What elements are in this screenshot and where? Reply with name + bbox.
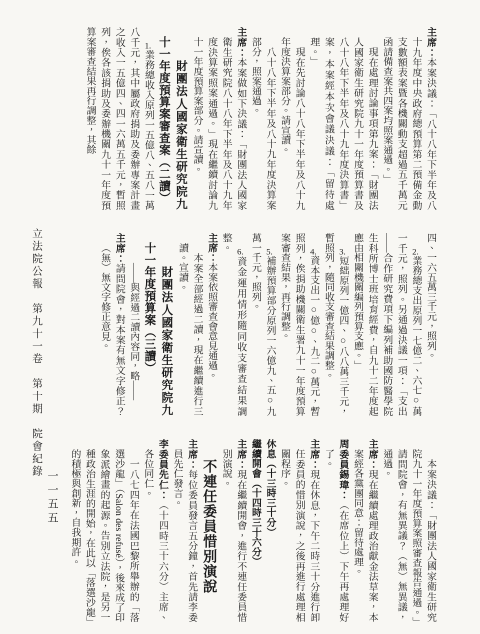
- para-ruling-nhri-final-accounts: 主席：本案做如下決議：「財團法人國家衛生研究院八十八年下半年及八十九年度決算案照…: [189, 27, 247, 210]
- speaker-name: 主席：: [367, 439, 378, 470]
- paragraph-text: 業務總支出原列一七億二、六七○萬一千元，照列。另通過決議一項：「支出——合作研究…: [352, 233, 421, 416]
- para-ruling-budget-reserve: 主席：本案決議：「八十八年下半年及八十九年度中央政府總預算第二預備金動支數額表案…: [379, 27, 437, 210]
- item-number: 5.: [264, 247, 274, 256]
- para-lee-speech-salon: 一八七四年在法國巴黎所舉辦的「落選沙龍」（Salon des refusé），後…: [67, 439, 140, 622]
- line-reconvene: 繼續開會（十四時三十六分）: [247, 439, 262, 622]
- paragraph-text: 現在休息，下午二時三十分進行卸任委員的惜別演說，之後再進行處理相關程序。: [279, 449, 319, 622]
- speaker-name: 主席：: [114, 233, 125, 264]
- para-chair-speech-rules: 主席：每位委員發言五分鐘，首先請李委員先仁發言。: [169, 439, 198, 622]
- speaker-name: 主席：: [186, 439, 197, 470]
- speaker-name: 主席：: [235, 27, 246, 58]
- line-recess: 休息（十三時三十分）: [262, 439, 277, 622]
- para-final-accounts-passed: 八十八年下半年及八十九年度決算案部分，照案通過。: [247, 27, 276, 210]
- item-number: 4.: [308, 247, 318, 256]
- paragraph-text: 短絀原列一億四、○八八萬三千元，暫照列，隨同收支審查結果調整。: [323, 233, 349, 416]
- para-proceed-3rd-reading: 本案全部經過二讀，現在繼續進行三讀。宣讀。: [174, 233, 203, 416]
- item-operating-revenue-continued: 四、一六五萬三千元，照列。: [422, 233, 437, 416]
- para-discuss-final-accounts: 現在先討論八十八年下半年及八十九年度決算案部分。請宣讀。: [276, 27, 305, 210]
- item-deficit: 3.短絀原列一億四、○八八萬三千元，暫照列，隨同收支審查結果調整。: [320, 233, 349, 416]
- para-commissioner-lee: 李委員先仁：（十四時三十六分）主席、各位同仁。: [140, 439, 169, 622]
- para-chair-resume: 主席：現在繼續開會，進行不連任委員惜別演說。: [218, 439, 247, 622]
- paragraph-text: 業務總收入原列一五億八、五八一萬八千元，其中屬政府捐助及委辦專案計畫之收入一五億…: [85, 27, 154, 210]
- speaker-name: 主席：: [235, 439, 246, 470]
- item-operating-revenue: 1.業務總收入原列一五億八、五八一萬八千元，其中屬政府捐助及委辦專案計畫之收入一…: [82, 27, 155, 210]
- speaker-name: 主席：: [308, 439, 319, 470]
- para-chair-approve-review: 主席：本案依照審查會意見通過。: [204, 233, 219, 416]
- gazette-page: 立法院公報 第九十一卷 第十期 院會紀錄 一一五五 主席：本案決議：「八十八年下…: [0, 0, 480, 634]
- para-agenda-item-9: 現在處理討論事項第九案：「財團法人國家衛生研究院九十一年度預算書及八十八年下半年…: [306, 27, 379, 210]
- item-supplementary-budget: 5.補辦預算部分原列一六億九、五○九萬一千元，照列。: [247, 233, 276, 416]
- speaker-name: 李委員先仁：: [157, 439, 168, 500]
- heading-nhri-budget-2nd-reading: 財團法人國家衛生研究院九十一年度預算案審查案（二讀）: [155, 27, 189, 210]
- paragraph-text: 資本支出一○億○、九二○萬元，暫照列，俟捐助機關衛生署九十一年度預算案審查結果，…: [279, 233, 319, 416]
- paragraph-text: 請問院會，對本案有無文字修正？（無）無文字修正意見。: [99, 243, 125, 416]
- page-content: 主席：本案決議：「八十八年下半年及八十九年度中央政府總預算第二預備金動支數額表案…: [46, 27, 437, 622]
- speaker-name: 主席：: [206, 233, 217, 262]
- paragraph-text: 本案依照審查會意見通過。: [206, 262, 217, 380]
- speaker-name: 周委員錫瑋：: [337, 439, 348, 500]
- heading-farewell-speeches: 不連任委員惜別演說: [198, 439, 218, 622]
- item-number: 6.: [235, 247, 245, 256]
- para-commissioner-chou: 周委員錫瑋：（在席位上）下午再處理好了。: [320, 439, 349, 622]
- paragraph-text: 現在繼續開會，進行不連任委員惜別演說。: [221, 449, 247, 622]
- note-same-as-2nd-reading: ——與經過二讀內容同，略——: [126, 233, 141, 416]
- para-chair-recess: 主席：現在休息，下午二時三十分進行卸任委員的惜別演說，之後再進行處理相關程序。: [276, 439, 320, 622]
- paragraph-text: 本案決議：「八十八年下半年及八十九年度中央政府總預算第二預備金動支數額表案暨各機…: [381, 37, 436, 210]
- heading-nhri-budget-3rd-reading: 財團法人國家衛生研究院九十一年度預算案（三讀）: [140, 233, 174, 416]
- item-number: 1.: [143, 41, 153, 50]
- paragraph-text: 資金運用情形隨同收支審查結果調整。: [221, 233, 247, 416]
- register-top: 主席：本案決議：「八十八年下半年及八十九年度中央政府總預算第二預備金動支數額表案…: [46, 27, 437, 210]
- para-resolution-budget-passed: 本案決議：「財團法人國家衛生研究院九十一年度預算案照審查報告通過。」請問院會，有…: [379, 439, 437, 622]
- gazette-margin-label: 立法院公報 第九十一卷 第十期 院會紀錄: [29, 228, 44, 478]
- paragraph-text: 本案做如下決議：「財團法人國家衛生研究院八十八年下半年及八十九年度決算案照案通過…: [192, 37, 247, 210]
- para-political-donation-bill: 主席：現在繼續處理政治獻金法草案，本案經各黨團同意：留待處理。: [349, 439, 378, 622]
- paragraph-text: 每位委員發言五分鐘，首先請李委員先仁發言。: [172, 449, 198, 622]
- register-bottom: 本案決議：「財團法人國家衛生研究院九十一年度預算案照審查報告通過。」請問院會，有…: [46, 439, 437, 622]
- item-capital-expenditure: 4.資本支出一○億○、九二○萬元，暫照列，俟捐助機關衛生署九十一年度預算案審查結…: [276, 233, 320, 416]
- speaker-name: 主席：: [425, 27, 436, 58]
- item-operating-expense: 2.業務總支出原列一七億二、六七○萬一千元，照列。另通過決議一項：「支出——合作…: [349, 233, 422, 416]
- register-middle: 四、一六五萬三千元，照列。 2.業務總支出原列一七億二、六七○萬一千元，照列。另…: [46, 233, 437, 416]
- para-chair-text-amendment: 主席：請問院會，對本案有無文字修正？（無）無文字修正意見。: [97, 233, 126, 416]
- item-fund-utilization: 6.資金運用情形隨同收支審查結果調整。: [218, 233, 247, 416]
- paragraph-text: 現在繼續處理政治獻金法草案，本案經各黨團同意：留待處理。: [352, 449, 378, 622]
- item-number: 2.: [410, 247, 420, 256]
- item-number: 3.: [337, 247, 347, 256]
- paragraph-text: 補辦預算部分原列一六億九、五○九萬一千元，照列。: [250, 233, 276, 416]
